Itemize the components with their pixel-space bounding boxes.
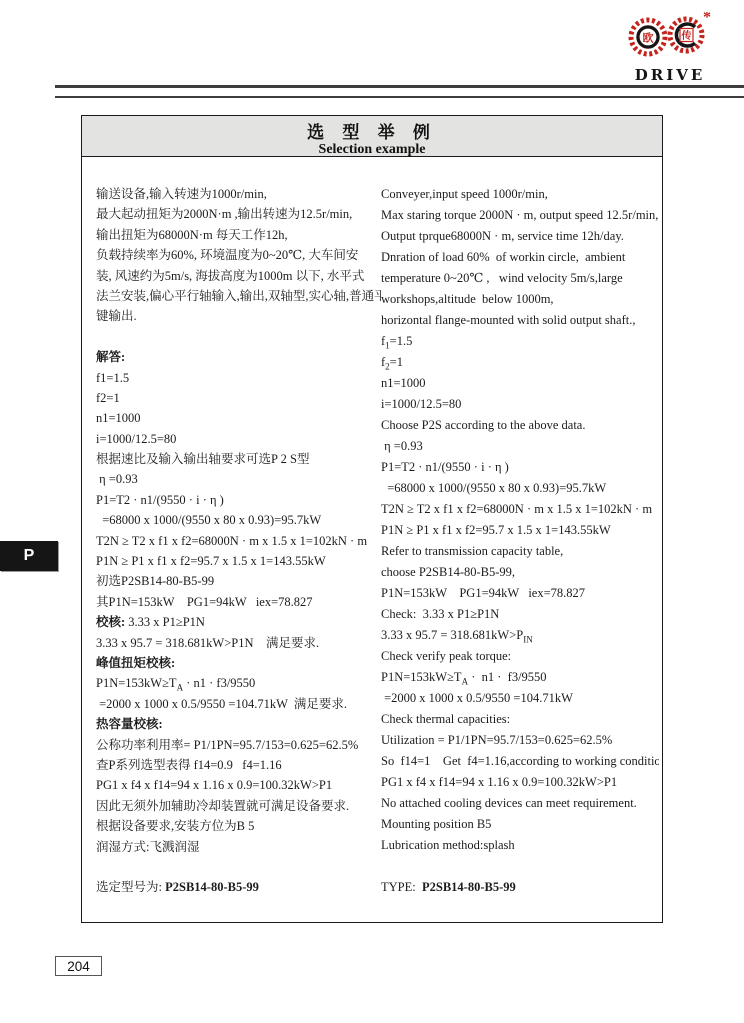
text-line: 输出扭矩为68000N·m 每天工作12h, <box>96 225 381 245</box>
text-line: Check: 3.33 x P1≥P1N <box>381 604 659 625</box>
text-line: temperature 0~20℃ , wind velocity 5m/s,l… <box>381 268 659 289</box>
text-line: f2=1 <box>96 388 381 408</box>
text-line: η =0.93 <box>381 436 659 457</box>
text-line: Check thermal capacities: <box>381 709 659 730</box>
text-line: 选定型号为: P2SB14-80-B5-99 <box>96 877 381 897</box>
text-line: 3.33 x 95.7 = 318.681kW>P1N 满足要求. <box>96 633 381 653</box>
text-line: P1N ≥ P1 x f1 x f2=95.7 x 1.5 x 1=143.55… <box>96 551 381 571</box>
text-line: 根据设备要求,安装方位为B 5 <box>96 816 381 836</box>
text-line: Lubrication method:splash <box>381 835 659 856</box>
two-column-body: 输送设备,输入转速为1000r/min,最大起动扭矩为2000N·m ,输出转速… <box>82 157 662 898</box>
text-line: 负载持续率为60%, 环境温度为0~20℃, 大车间安 <box>96 245 381 265</box>
text-line: T2N ≥ T2 x f1 x f2=68000N · m x 1.5 x 1=… <box>96 531 381 551</box>
text-line: n1=1000 <box>381 373 659 394</box>
text-line: 因此无须外加辅助冷却装置就可满足设备要求. <box>96 796 381 816</box>
text-line: PG1 x f4 x f14=94 x 1.16 x 0.9=100.32kW>… <box>96 775 381 795</box>
page-subtitle: Selection example <box>82 142 662 158</box>
brand-text: DRIVE <box>610 66 730 84</box>
text-line: P1N ≥ P1 x f1 x f2=95.7 x 1.5 x 1=143.55… <box>381 520 659 541</box>
blank-line <box>381 856 659 877</box>
text-line: 公称功率利用率= P1/1PN=95.7/153=0.625=62.5% <box>96 735 381 755</box>
text-line: P1=T2 · n1/(9550 · i · η ) <box>96 490 381 510</box>
text-line: Check verify peak torque: <box>381 646 659 667</box>
blank-line <box>96 327 381 347</box>
text-line: P1N=153kW PG1=94kW iex=78.827 <box>381 583 659 604</box>
text-line: 最大起动扭矩为2000N·m ,输出转速为12.5r/min, <box>96 204 381 224</box>
text-line: Output tprque68000N · m, service time 12… <box>381 226 659 247</box>
section-tab-p: P <box>0 541 58 571</box>
header-rule-bottom <box>55 96 744 98</box>
text-line: =68000 x 1000/(9550 x 80 x 0.93)=95.7kW <box>96 510 381 530</box>
text-line: 根据速比及输入输出轴要求可选P 2 S型 <box>96 449 381 469</box>
page-number: 204 <box>55 956 102 976</box>
text-line: horizontal flange-mounted with solid out… <box>381 310 659 331</box>
text-line: 热容量校核: <box>96 714 381 734</box>
text-line: n1=1000 <box>96 408 381 428</box>
text-line: Dnration of load 60% of workin circle, a… <box>381 247 659 268</box>
star-icon: * <box>703 12 711 26</box>
text-line: PG1 x f4 x f14=94 x 1.16 x 0.9=100.32kW>… <box>381 772 659 793</box>
text-line: No attached cooling devices can meet req… <box>381 793 659 814</box>
text-line: 输送设备,输入转速为1000r/min, <box>96 184 381 204</box>
text-line: 键输出. <box>96 306 381 326</box>
page-title: 选 型 举 例 <box>82 118 662 143</box>
text-line: T2N ≥ T2 x f1 x f2=68000N · m x 1.5 x 1=… <box>381 499 659 520</box>
text-line: 解答: <box>96 347 381 367</box>
text-line: choose P2SB14-80-B5-99, <box>381 562 659 583</box>
text-line: =68000 x 1000/(9550 x 80 x 0.93)=95.7kW <box>381 478 659 499</box>
english-column: Conveyer,input speed 1000r/min,Max stari… <box>381 184 659 898</box>
text-line: 查P系列选型表得 f14=0.9 f4=1.16 <box>96 755 381 775</box>
text-line: 装, 风速约为5m/s, 海拔高度为1000m 以下, 水平式 <box>96 266 381 286</box>
chinese-column: 输送设备,输入转速为1000r/min,最大起动扭矩为2000N·m ,输出转速… <box>96 184 381 898</box>
text-line: TYPE: P2SB14-80-B5-99 <box>381 877 659 898</box>
text-line: η =0.93 <box>96 469 381 489</box>
text-line: P1N=153kW≥TA · n1 · f3/9550 <box>96 673 381 693</box>
text-line: =2000 x 1000 x 0.5/9550 =104.71kW 满足要求. <box>96 694 381 714</box>
text-line: 校核: 3.33 x P1≥P1N <box>96 612 381 632</box>
text-line: Refer to transmission capacity table, <box>381 541 659 562</box>
text-line: f1=1.5 <box>96 368 381 388</box>
text-line: 其P1N=153kW PG1=94kW iex=78.827 <box>96 592 381 612</box>
text-line: P1N=153kW≥TA · n1 · f3/9550 <box>381 667 659 688</box>
text-line: P1=T2 · n1/(9550 · i · η ) <box>381 457 659 478</box>
header-rule-top <box>55 85 744 88</box>
text-line: workshops,altitude below 1000m, <box>381 289 659 310</box>
text-line: 润湿方式:飞溅润湿 <box>96 837 381 857</box>
gear-logo-icon: 欧 传 * <box>618 12 722 64</box>
text-line: i=1000/12.5=80 <box>381 394 659 415</box>
text-line: Choose P2S according to the above data. <box>381 415 659 436</box>
text-line: i=1000/12.5=80 <box>96 429 381 449</box>
text-line: 初选P2SB14-80-B5-99 <box>96 571 381 591</box>
text-line: =2000 x 1000 x 0.5/9550 =104.71kW <box>381 688 659 709</box>
text-line: Utilization = P1/1PN=95.7/153=0.625=62.5… <box>381 730 659 751</box>
selection-example-box: 选 型 举 例 Selection example 输送设备,输入转速为1000… <box>81 115 663 923</box>
brand-logo: 欧 传 * DRIVE <box>610 12 730 84</box>
text-line: 法兰安装,偏心平行轴输入,输出,双轴型,实心轴,普通平 <box>96 286 381 306</box>
text-line: 3.33 x 95.7 = 318.681kW>PIN <box>381 625 659 646</box>
text-line: Mounting position B5 <box>381 814 659 835</box>
text-line: Conveyer,input speed 1000r/min, <box>381 184 659 205</box>
gear-char-right: 传 <box>681 29 692 42</box>
gear-char-left: 欧 <box>643 31 654 45</box>
blank-line <box>96 857 381 877</box>
text-line: So f14=1 Get f4=1.16,according to workin… <box>381 751 659 772</box>
title-bar: 选 型 举 例 Selection example <box>82 116 662 157</box>
text-line: f1=1.5 <box>381 331 659 352</box>
text-line: Max staring torque 2000N · m, output spe… <box>381 205 659 226</box>
text-line: 峰值扭矩校核: <box>96 653 381 673</box>
text-line: f2=1 <box>381 352 659 373</box>
